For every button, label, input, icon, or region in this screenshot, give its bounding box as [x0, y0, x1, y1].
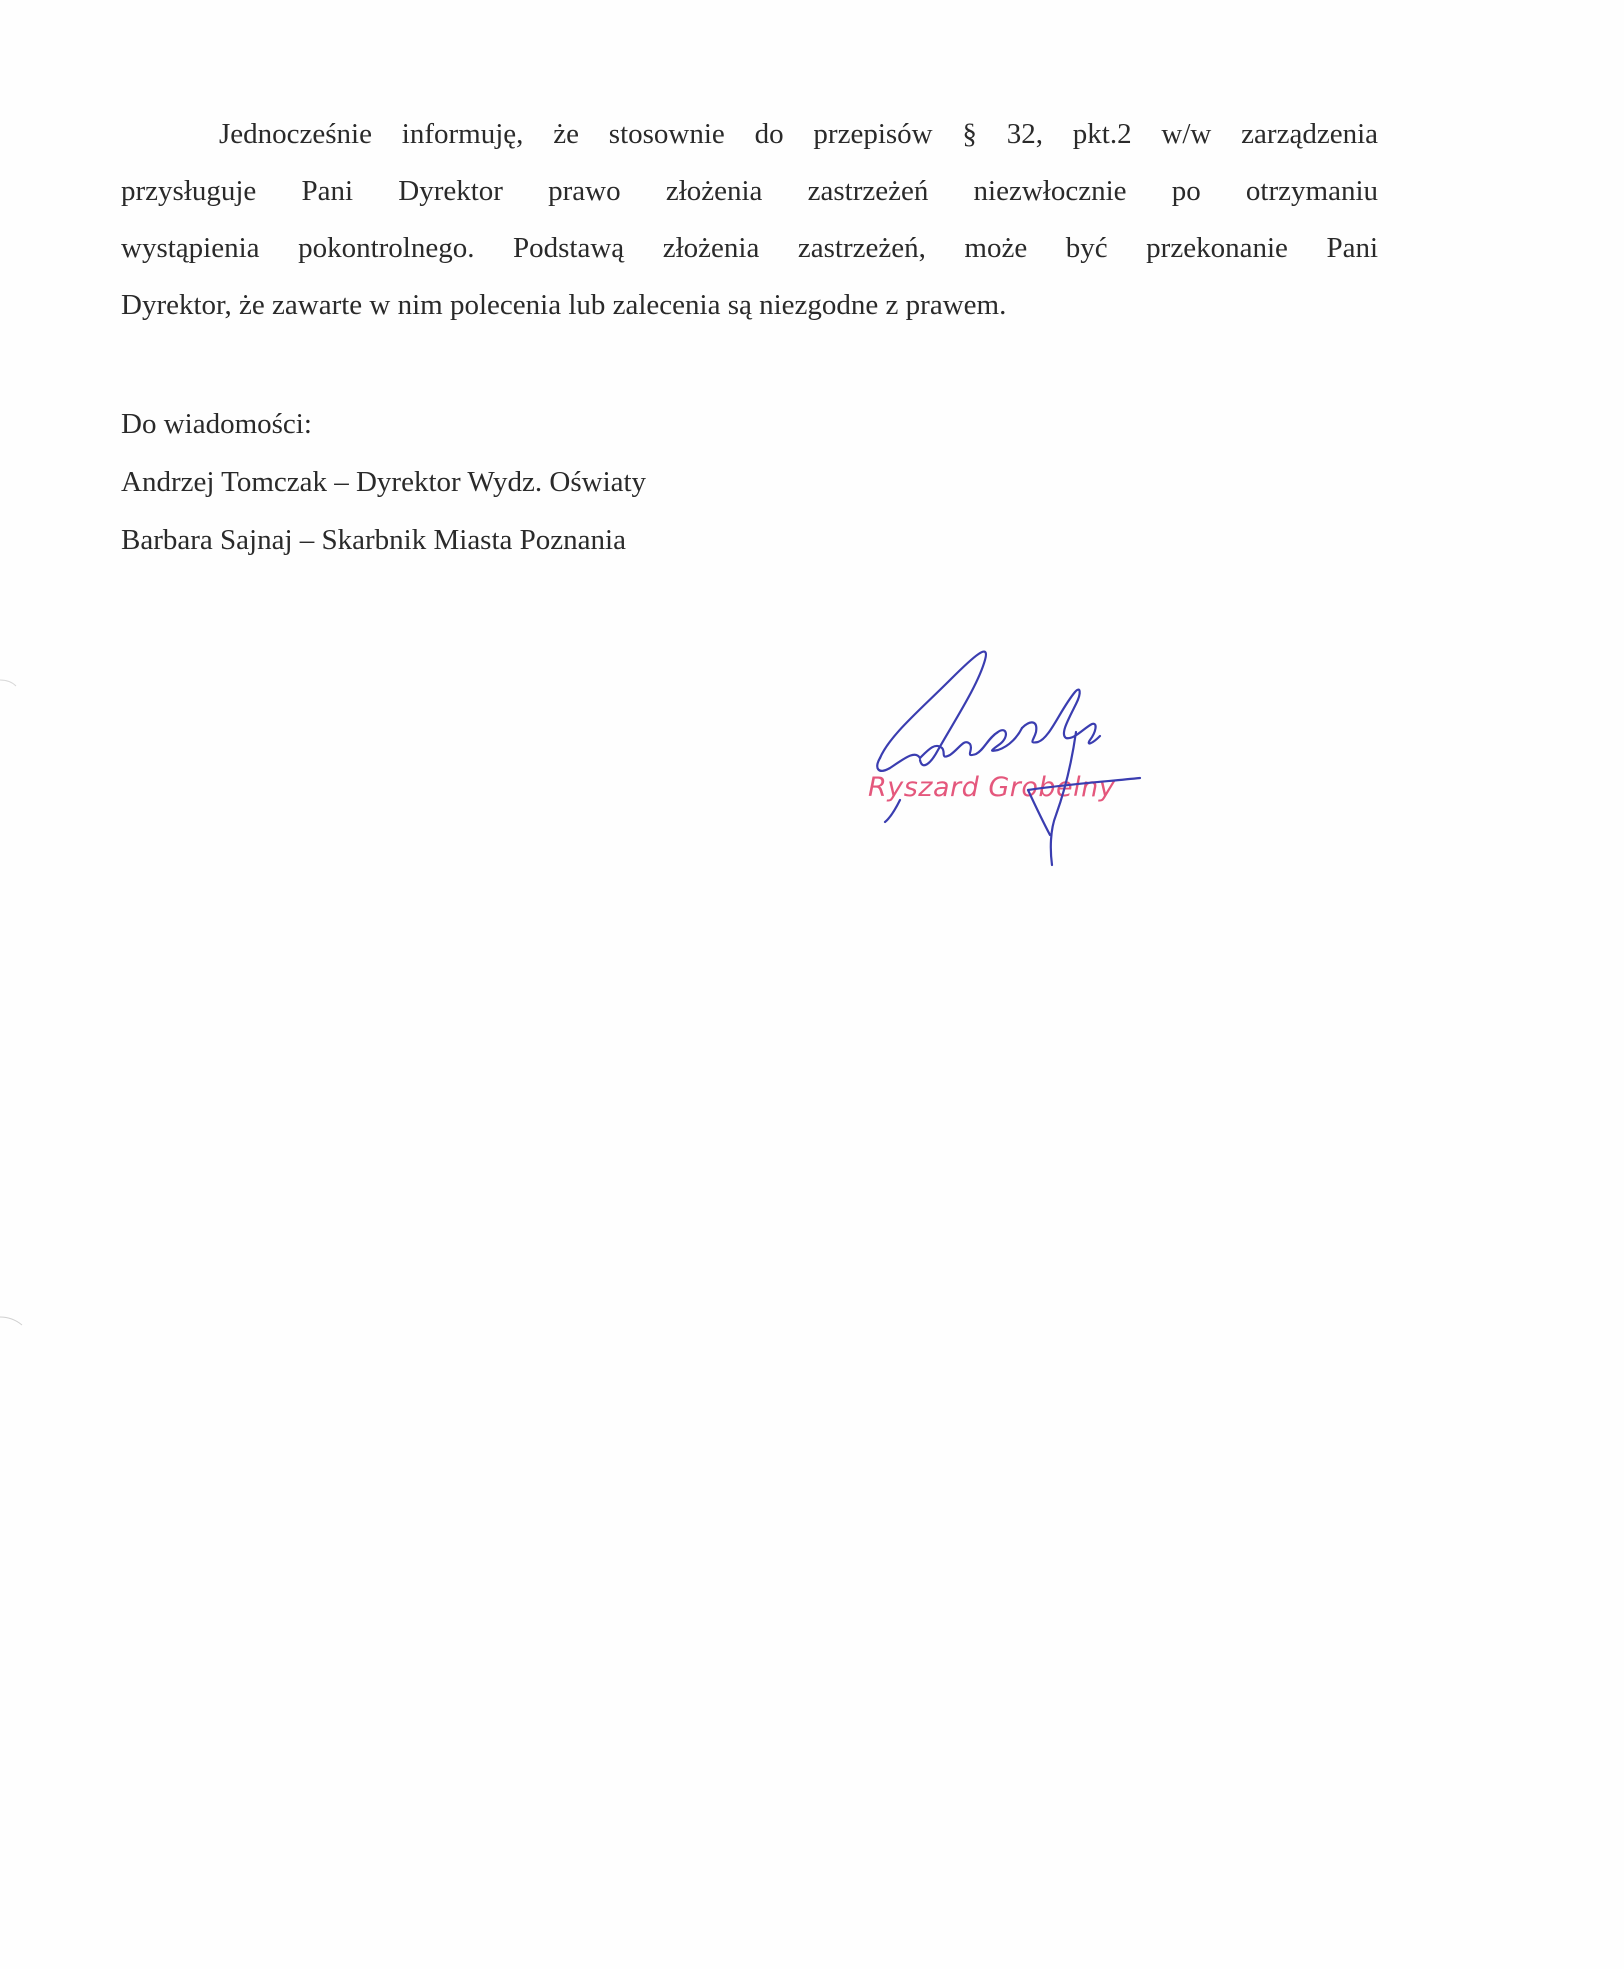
handwritten-signature-icon — [860, 640, 1160, 870]
cc-heading: Do wiadomości: — [121, 404, 646, 462]
cc-block: Do wiadomości: Andrzej Tomczak – Dyrekto… — [121, 404, 646, 578]
scan-mark-icon — [0, 676, 20, 692]
paragraph-line: Dyrektor, że zawarte w nim polecenia lub… — [121, 285, 1378, 342]
body-paragraph: Jednocześnie informuję, że stosownie do … — [121, 114, 1378, 342]
document-page: Jednocześnie informuję, że stosownie do … — [0, 0, 1624, 1969]
scan-mark-icon — [0, 1314, 26, 1330]
cc-recipient: Andrzej Tomczak – Dyrektor Wydz. Oświaty — [121, 462, 646, 520]
paragraph-line: przysługuje Pani Dyrektor prawo złożenia… — [121, 171, 1378, 228]
cc-recipient: Barbara Sajnaj – Skarbnik Miasta Poznani… — [121, 520, 646, 578]
paragraph-line: wystąpienia pokontrolnego. Podstawą złoż… — [121, 228, 1378, 285]
paragraph-line: Jednocześnie informuję, że stosownie do … — [121, 114, 1378, 171]
